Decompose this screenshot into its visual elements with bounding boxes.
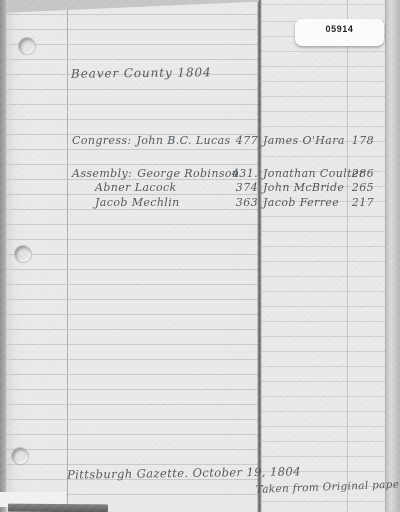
vote-count: 477	[224, 134, 258, 147]
hole-punch-icon	[19, 38, 35, 54]
page-bottom-edge	[8, 504, 108, 512]
vote-count: 363	[224, 196, 258, 209]
hole-punch-icon	[15, 246, 31, 262]
scanned-document-page: 05914 Beaver County 1804 Congress:John B…	[0, 0, 400, 512]
candidate-name: Jacob Mechlin	[95, 196, 180, 209]
page-title: Beaver County 1804	[71, 65, 212, 80]
vote-count: 286	[345, 167, 374, 180]
vote-count: 178	[345, 134, 374, 147]
vote-count: 217	[345, 196, 374, 209]
ruled-lines-right	[259, 0, 400, 512]
scan-left-edge	[0, 0, 6, 512]
election-record-row: Abner Lacock 374 John McBride 265	[0, 181, 400, 196]
catalog-label-sticker: 05914	[295, 19, 384, 46]
page-right-edge	[385, 0, 400, 512]
hole-punch-icon	[12, 448, 28, 464]
election-record-row: Jacob Mechlin 363 Jacob Ferree 217	[0, 196, 400, 211]
candidate-name: John McBride	[263, 181, 344, 194]
candidate-name: James O'Hara	[263, 134, 345, 147]
office-label: Congress:	[72, 134, 132, 147]
election-record-row: Assembly:George Robinson 431. Jonathan C…	[0, 167, 400, 182]
vote-count: 374	[224, 181, 258, 194]
office-label: Assembly:	[72, 167, 132, 180]
crease-line	[257, 0, 262, 512]
candidate-name: John B.C. Lucas	[137, 134, 231, 147]
election-record-row: Congress:John B.C. Lucas 477 James O'Har…	[0, 134, 400, 149]
vote-count: 265	[345, 181, 374, 194]
faint-column-line	[347, 0, 348, 512]
margin-line	[67, 6, 68, 506]
catalog-number: 05914	[295, 19, 384, 34]
candidate-name: Abner Lacock	[95, 181, 177, 194]
candidate-name: Jacob Ferree	[263, 196, 339, 209]
vote-count: 431.	[224, 167, 258, 180]
